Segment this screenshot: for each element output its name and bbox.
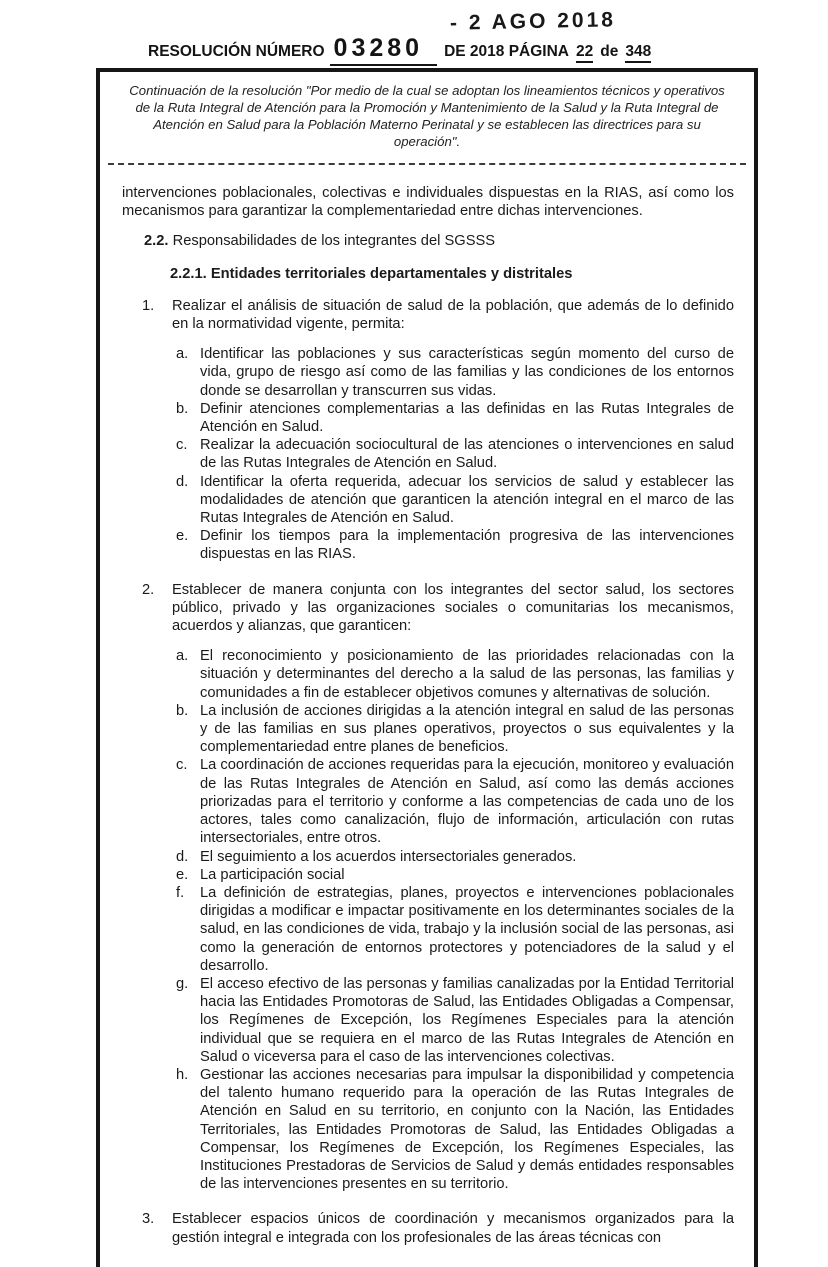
subsection-heading: 2.2.1. Entidades territoriales departame… [170,265,734,283]
item-text: Gestionar las acciones necesarias para i… [200,1067,734,1192]
item-text: El acceso efectivo de las personas y fam… [200,976,734,1065]
lettered-item-1a: a. Identificar las poblaciones y sus car… [122,345,734,400]
item-marker: e. [176,527,188,545]
item-marker: d. [176,848,188,866]
lettered-item-2b: b. La inclusión de acciones dirigidas a … [122,702,734,757]
sublist-2: a. El reconocimiento y posicionamiento d… [122,647,734,1193]
page-total: 348 [625,43,651,63]
lettered-item-1c: c. Realizar la adecuación sociocultural … [122,436,734,472]
item-marker: c. [176,756,187,774]
item-text: El reconocimiento y posicionamiento de l… [200,648,734,700]
lettered-item-2c: c. La coordinación de acciones requerida… [122,756,734,847]
item-marker: a. [176,647,188,665]
lettered-item-1d: d. Identificar la oferta requerida, adec… [122,473,734,528]
item-text: El seguimiento a los acuerdos intersecto… [200,849,576,865]
item-marker: b. [176,702,188,720]
document-body: intervenciones poblacionales, colectivas… [100,165,754,1247]
section-heading: 2.2. Responsabilidades de los integrante… [144,232,734,250]
document-frame: Continuación de la resolución "Por medio… [96,68,758,1267]
lettered-item-2g: g. El acceso efectivo de las personas y … [122,975,734,1066]
resolution-header-line: RESOLUCIÓN NÚMERO 03280 DE 2018 PÁGINA 2… [148,34,651,66]
item-marker: g. [176,975,188,993]
item-marker: e. [176,866,188,884]
item-text: Definir atenciones complementarias a las… [200,401,734,435]
resolution-title-prefix: RESOLUCIÓN NÚMERO [148,43,325,61]
item-text: Realizar el análisis de situación de sal… [172,298,734,332]
intro-paragraph: intervenciones poblacionales, colectivas… [122,184,734,220]
numbered-item-3: 3. Establecer espacios únicos de coordin… [122,1210,734,1246]
item-text: Realizar la adecuación sociocultural de … [200,437,734,471]
item-text: Identificar las poblaciones y sus caract… [200,346,734,398]
item-marker: 2. [142,581,154,599]
lettered-item-2e: e. La participación social [122,866,734,884]
item-text: Establecer espacios únicos de coordinaci… [172,1211,734,1245]
item-marker: d. [176,473,188,491]
date-stamp: - 2 AGO 2018 [450,8,616,35]
item-text: La coordinación de acciones requeridas p… [200,757,734,846]
item-text: La inclusión de acciones dirigidas a la … [200,703,734,755]
scanned-document-page: - 2 AGO 2018 RESOLUCIÓN NÚMERO 03280 DE … [0,0,828,1267]
item-text: Identificar la oferta requerida, adecuar… [200,474,734,526]
numbered-item-2: 2. Establecer de manera conjunta con los… [122,581,734,636]
continuation-lead: Continuación de la resolución [129,83,306,98]
item-marker: 1. [142,297,154,315]
resolution-title-mid: DE 2018 PÁGINA [444,43,569,61]
item-text: Establecer de manera conjunta con los in… [172,582,734,634]
item-marker: h. [176,1066,188,1084]
numbered-item-1: 1. Realizar el análisis de situación de … [122,297,734,333]
lettered-item-2f: f. La definición de estrategias, planes,… [122,884,734,975]
of-word: de [600,43,618,61]
continuation-note: Continuación de la resolución "Por medio… [100,72,754,152]
item-marker: a. [176,345,188,363]
section-number: 2.2. [144,233,169,249]
lettered-item-2h: h. Gestionar las acciones necesarias par… [122,1066,734,1193]
lettered-item-1e: e. Definir los tiempos para la implement… [122,527,734,563]
lettered-item-2d: d. El seguimiento a los acuerdos interse… [122,848,734,866]
item-text: Definir los tiempos para la implementaci… [200,528,734,562]
lettered-item-2a: a. El reconocimiento y posicionamiento d… [122,647,734,702]
item-text: La participación social [200,867,345,883]
item-marker: f. [176,884,184,902]
subsection-number: 2.2.1. [170,266,207,282]
item-marker: 3. [142,1210,154,1228]
item-marker: c. [176,436,187,454]
sublist-1: a. Identificar las poblaciones y sus car… [122,345,734,563]
item-marker: b. [176,400,188,418]
subsection-title: Entidades territoriales departamentales … [211,266,573,282]
page-number: 22 [576,43,593,63]
item-text: La definición de estrategias, planes, pr… [200,885,734,974]
section-title: Responsabilidades de los integrantes del… [173,233,496,249]
lettered-item-1b: b. Definir atenciones complementarias a … [122,400,734,436]
resolution-number-stamp: 03280 [330,34,438,66]
